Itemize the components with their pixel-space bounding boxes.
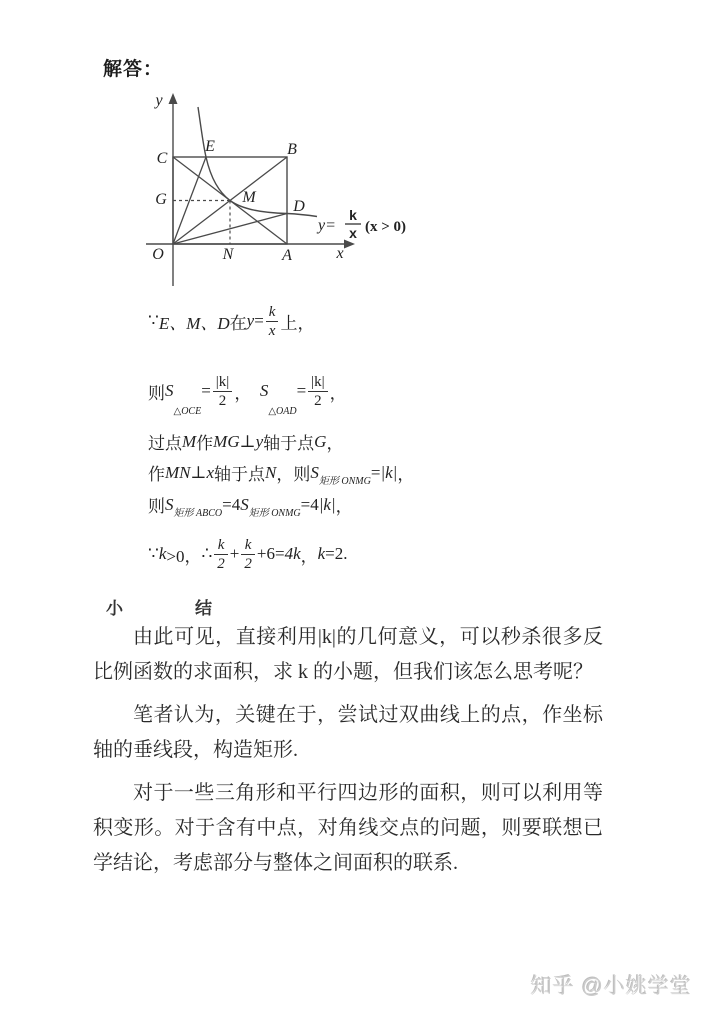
equation-condition: (x > 0) [365,219,406,235]
math-line-1: ∵E、M、D 在 y=kx上， [148,298,314,344]
label-point-g: G [155,191,167,208]
summary-heading-right: 结 [195,599,212,618]
label-point-e: E [204,138,215,155]
summary-body: 由此可见，直接利用|k|的几何意义，可以秒杀很多反比例函数的求面积，求 k 的小… [93,620,603,889]
label-x-axis: x [335,245,343,262]
label-point-b: B [287,141,297,158]
label-point-d: D [292,198,305,215]
document-page: 解答： y C E B G [0,0,720,1019]
label-point-o: O [152,246,164,263]
y-axis-arrow-icon [169,93,178,104]
math-line-2: 则 S△OCE=|k|2， S△OAD=|k|2 ， [148,368,347,414]
paragraph-2: 笔者认为，关键在于，尝试过双曲线上的点，作坐标轴的垂线段，构造矩形. [93,698,603,768]
label-point-a: A [281,247,292,264]
summary-heading: 小结 [106,594,212,619]
zhihu-watermark: 知乎 @小姚学堂 [531,970,692,1000]
equation-lhs: y= [316,217,336,234]
solution-heading: 解答： [103,54,163,81]
label-y-axis: y [153,92,163,109]
equation-denominator: x [349,225,357,241]
math-line-3: 过点 M 作 MG⊥y 轴于点 G， [148,430,343,453]
math-line-5: 则 S矩形 ABCO=4S矩形 ONMG=4|k|， [148,493,353,516]
equation-numerator: k [349,207,357,223]
label-point-c: C [157,150,168,167]
math-line-6: ∵k>0，∴k2+k2+6=4k，k=2. [148,530,348,578]
figure-coordinate-diagram: y C E B G M D O N A x y= k x (x > 0) [126,84,416,292]
paragraph-1: 由此可见，直接利用|k|的几何意义，可以秒杀很多反比例函数的求面积，求 k 的小… [93,620,603,690]
paragraph-3: 对于一些三角形和平行四边形的面积，则可以利用等积变形。对于含有中点，对角线交点的… [93,776,603,881]
summary-heading-left: 小 [106,599,123,618]
label-point-m: M [241,189,257,206]
math-line-4: 作 MN⊥x 轴于点 N，则 S矩形 ONMG=|k|， [148,461,414,484]
label-point-n: N [222,246,235,263]
